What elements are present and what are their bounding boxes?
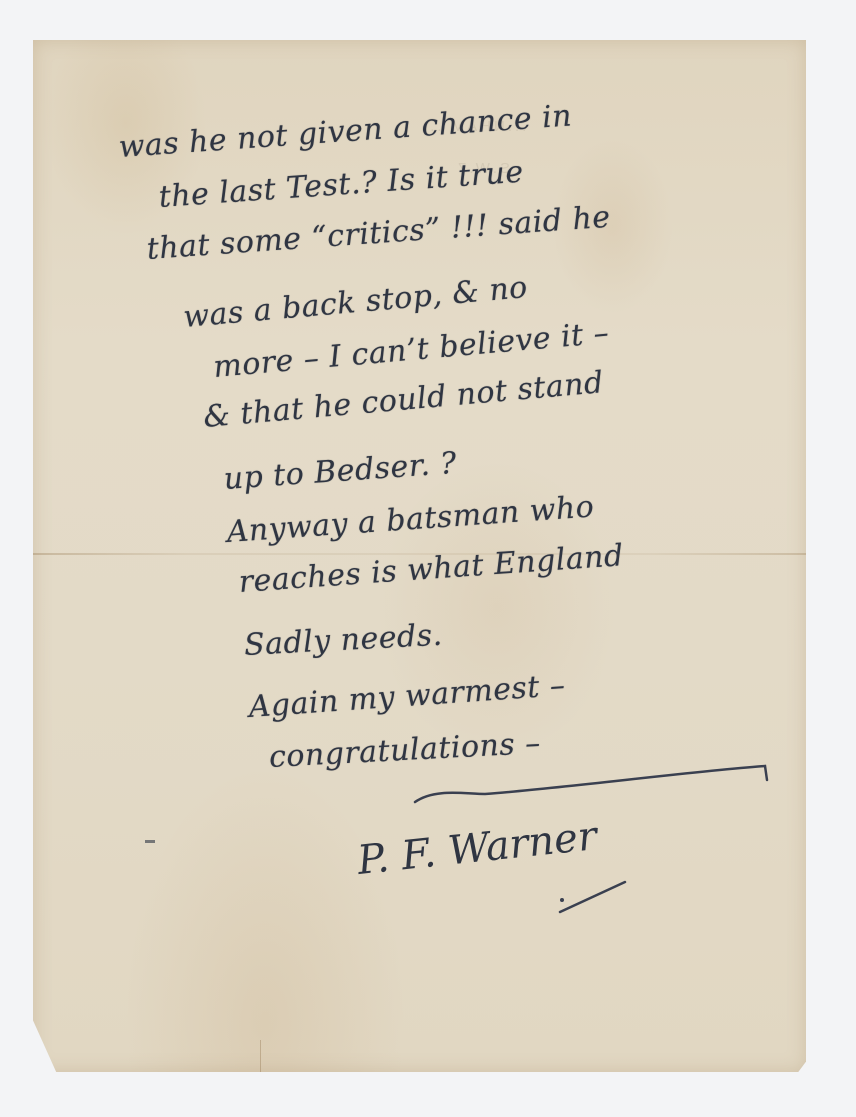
signature-underline-flourish-icon	[550, 870, 640, 920]
stray-ink-mark	[145, 840, 155, 843]
closing-flourish-icon	[405, 750, 785, 810]
paper-tear	[260, 1040, 261, 1072]
